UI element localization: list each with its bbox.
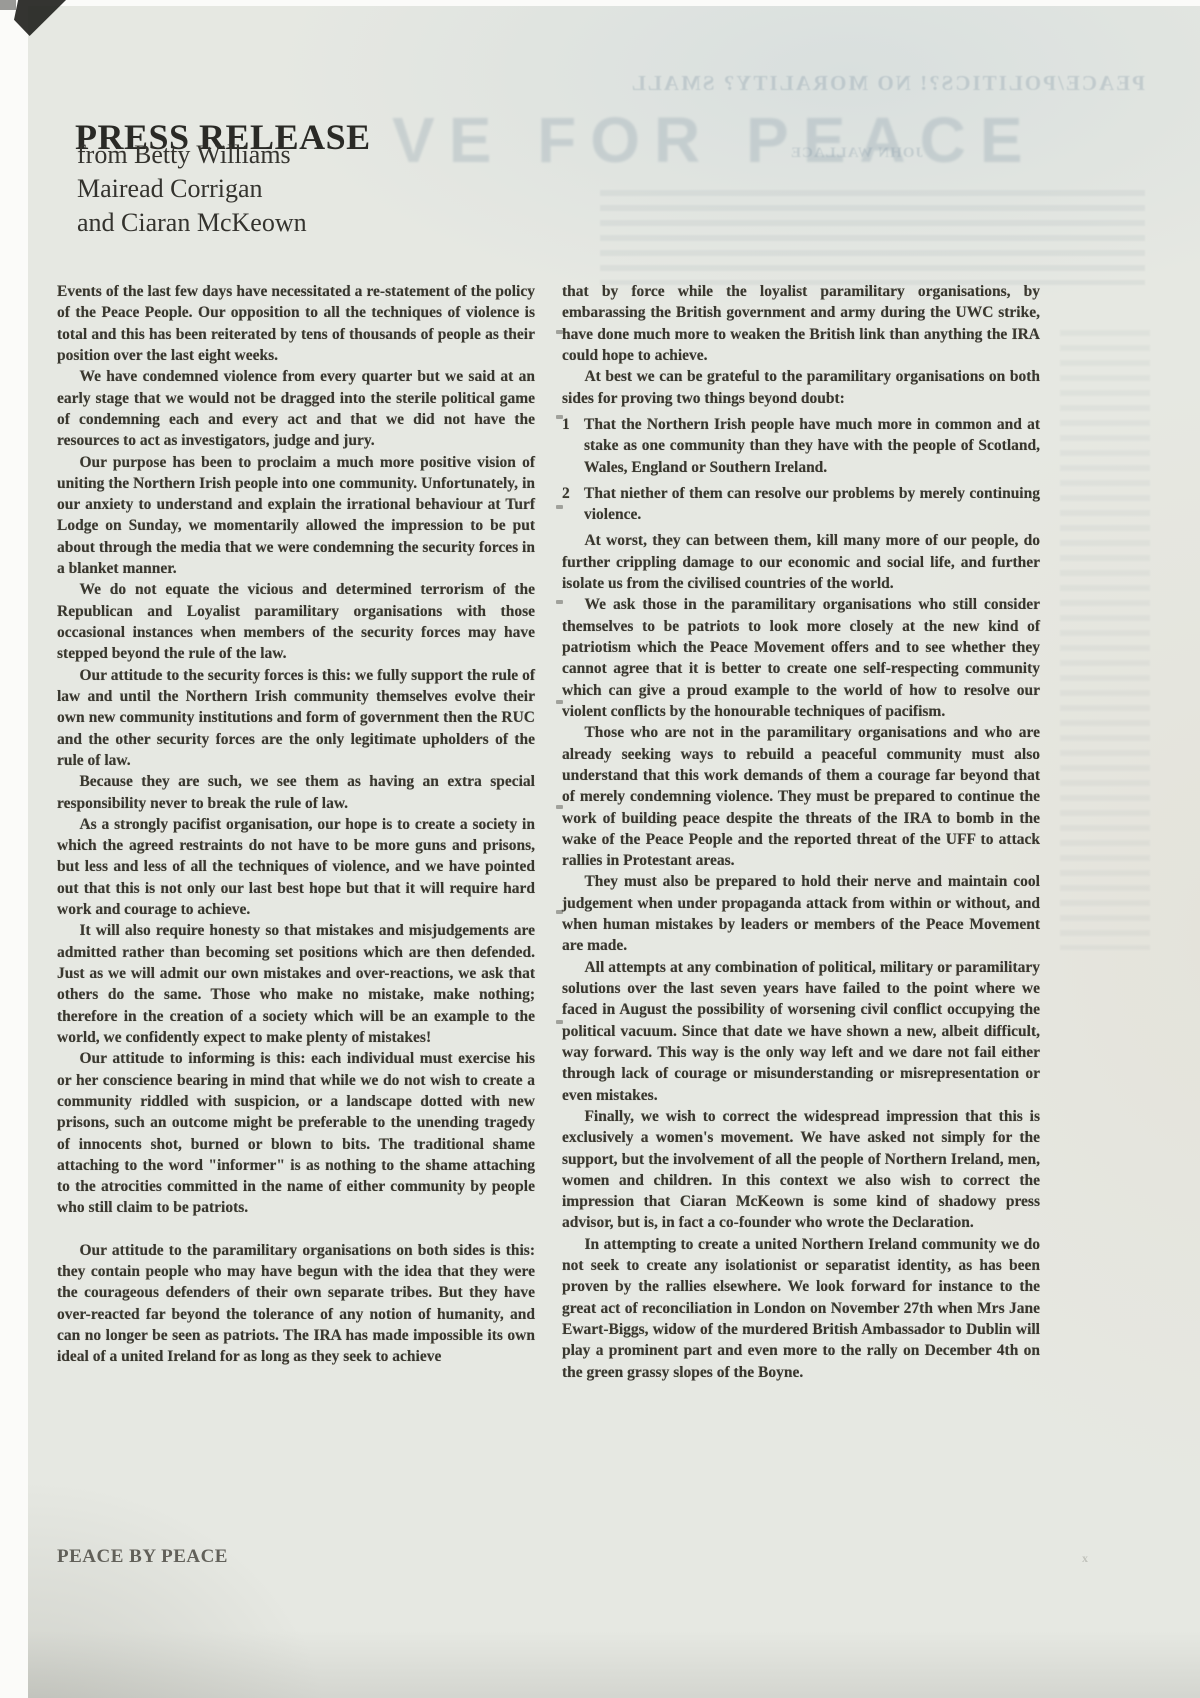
paragraph: We ask those in the paramilitary organis… xyxy=(562,594,1040,722)
paragraph: Those who are not in the paramilitary or… xyxy=(562,722,1040,871)
paragraph: They must also be prepared to hold their… xyxy=(562,871,1040,956)
paragraph: We have condemned violence from every qu… xyxy=(57,366,535,451)
scanned-document-page: PEACE/POLITICS?! NO MORALITY? SMALL VE F… xyxy=(0,0,1200,1698)
footer-slogan: PEACE BY PEACE xyxy=(57,1547,228,1566)
paragraph: Because they are such, we see them as ha… xyxy=(57,771,535,814)
left-column: Events of the last few days have necessi… xyxy=(57,281,535,1368)
paragraph: At worst, they can between them, kill ma… xyxy=(562,530,1040,594)
paragraph: At best we can be grateful to the parami… xyxy=(562,366,1040,409)
paragraph: Finally, we wish to correct the widespre… xyxy=(562,1106,1040,1234)
scan-edge-mark xyxy=(0,0,16,10)
paragraph: We do not equate the vicious and determi… xyxy=(57,579,535,664)
paragraph: Events of the last few days have necessi… xyxy=(57,281,535,366)
numbered-point-1: 1 That the Northern Irish people have mu… xyxy=(562,414,1040,478)
paragraph: It will also require honesty so that mis… xyxy=(57,920,535,1048)
paragraph: All attempts at any combination of polit… xyxy=(562,957,1040,1106)
bleedthrough-corner-mark: x xyxy=(1082,1552,1096,1562)
point-text: That niether of them can resolve our pro… xyxy=(584,483,1040,526)
paragraph: In attempting to create a united Norther… xyxy=(562,1234,1040,1383)
numbered-point-2: 2 That niether of them can resolve our p… xyxy=(562,483,1040,526)
bleedthrough-text-lines xyxy=(600,190,1145,285)
byline-line-1: from Betty Williams xyxy=(77,138,307,172)
point-number: 2 xyxy=(562,483,584,526)
point-text: That the Northern Irish people have much… xyxy=(584,414,1040,478)
paragraph: Our attitude to the security forces is t… xyxy=(57,665,535,772)
paragraph: that by force while the loyalist paramil… xyxy=(562,281,1040,366)
paragraph: Our purpose has been to proclaim a much … xyxy=(57,452,535,580)
paragraph: As a strongly pacifist organisation, our… xyxy=(57,814,535,921)
right-column: that by force while the loyalist paramil… xyxy=(562,281,1040,1383)
byline-block: from Betty Williams Mairead Corrigan and… xyxy=(77,138,307,239)
point-number: 1 xyxy=(562,414,584,478)
byline-line-3: and Ciaran McKeown xyxy=(77,206,307,240)
paragraph: Our attitude to the paramilitary organis… xyxy=(57,1240,535,1368)
paragraph: Our attitude to informing is this: each … xyxy=(57,1048,535,1219)
bleedthrough-margin-lines xyxy=(1060,330,1150,950)
byline-line-2: Mairead Corrigan xyxy=(77,172,307,206)
